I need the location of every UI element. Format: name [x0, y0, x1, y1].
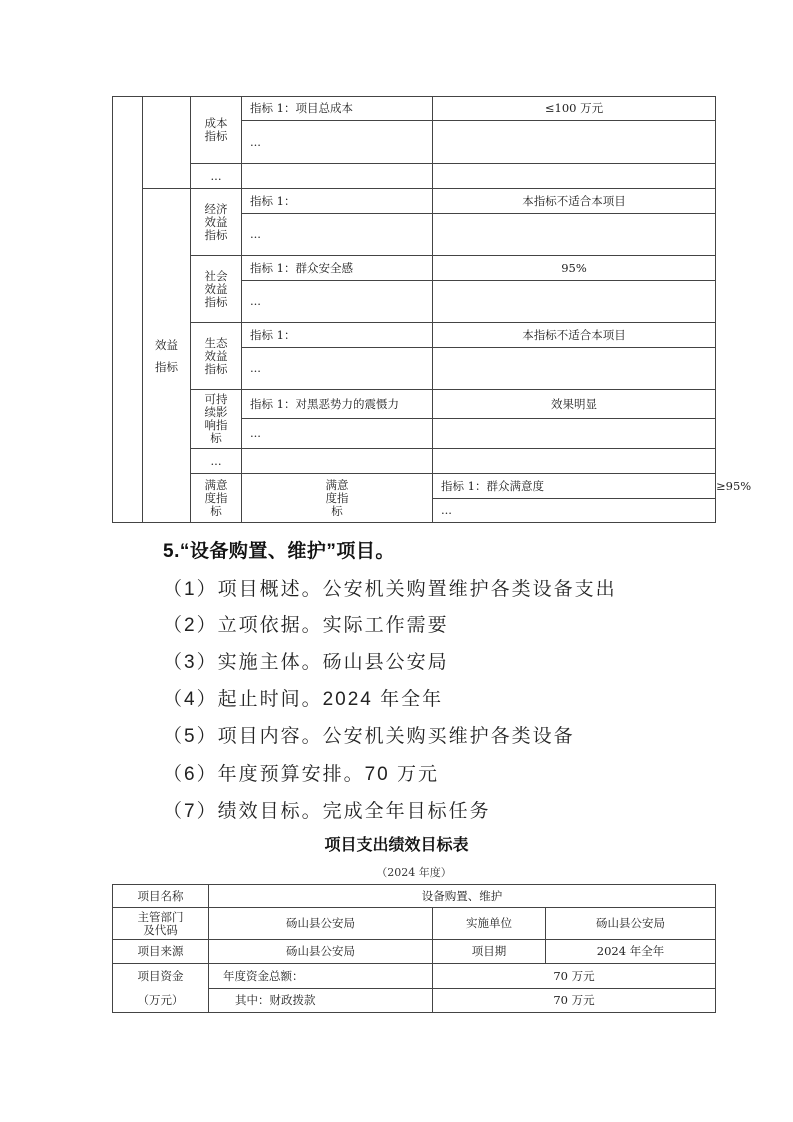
ellipsis-cell: ... — [191, 449, 242, 474]
benefit-indicator-label: 效益 指标 — [143, 189, 191, 523]
indicator-cell: 指标 1： — [242, 189, 433, 214]
outer-blank-cell — [113, 97, 143, 523]
project-performance-target-table: 项目名称 设备购置、维护 主管部门 及代码 砀山县公安局 实施单位 砀山县公安局… — [112, 884, 716, 1013]
paragraph-item: （6）年度预算安排。70 万元 — [163, 759, 439, 786]
fiscal-allocation-label: 其中：财政拨款 — [209, 989, 433, 1013]
paragraph-item: （2）立项依据。实际工作需要 — [163, 610, 449, 637]
annual-total-label: 年度资金总额： — [209, 964, 433, 989]
indicator-cell: 指标 1： — [242, 323, 433, 348]
value-cell: 95% — [433, 256, 716, 281]
social-benefit-label: 社会 效益 指标 — [191, 256, 242, 323]
sustainable-impact-label: 可持 续影 响指 标 — [191, 390, 242, 449]
paragraph-item: （5）项目内容。公安机关购买维护各类设备 — [163, 721, 575, 748]
value-cell: 本指标不适合本项目 — [433, 323, 716, 348]
indicator-cell: ... — [242, 281, 433, 323]
empty-cell — [433, 164, 716, 189]
annual-total-value: 70 万元 — [433, 964, 716, 989]
value-cell: ≤100 万元 — [433, 97, 716, 121]
paragraph-item: （3）实施主体。砀山县公安局 — [163, 647, 449, 674]
project-name-value: 设备购置、维护 — [209, 885, 716, 908]
value-cell: 效果明显 — [433, 390, 716, 419]
source-label: 项目来源 — [113, 940, 209, 964]
value-cell — [433, 419, 716, 449]
ecological-benefit-label: 生态 效益 指标 — [191, 323, 242, 390]
impl-unit-label: 实施单位 — [433, 908, 546, 940]
table-title: 项目支出绩效目标表 — [0, 832, 793, 855]
funds-label-line1: 项目资金 — [113, 964, 208, 988]
value-cell — [433, 214, 716, 256]
economic-benefit-label: 经济 效益 指标 — [191, 189, 242, 256]
value-cell — [433, 281, 716, 323]
period-label: 项目期 — [433, 940, 546, 964]
cost-indicator-label: 成本 指标 — [191, 97, 242, 164]
value-cell: 本指标不适合本项目 — [433, 189, 716, 214]
ellipsis-cell: ... — [191, 164, 242, 189]
indicator-cell: ... — [242, 214, 433, 256]
satisfaction-sub-label: 满意 度指 标 — [242, 474, 433, 523]
value-cell — [433, 348, 716, 390]
empty-cell — [242, 164, 433, 189]
paragraph-item: （7）绩效目标。完成全年目标任务 — [163, 796, 491, 823]
fiscal-allocation-value: 70 万元 — [433, 989, 716, 1013]
funds-label-line2: （万元） — [113, 988, 208, 1012]
empty-cell — [433, 449, 716, 474]
indicator-cell: 指标 1：对黑恶势力的震慑力 — [242, 390, 433, 419]
period-value: 2024 年全年 — [546, 940, 716, 964]
source-value: 砀山县公安局 — [209, 940, 433, 964]
indicator-cell: ... — [242, 121, 433, 164]
impl-unit-value: 砀山县公安局 — [546, 908, 716, 940]
project-name-label: 项目名称 — [113, 885, 209, 908]
funds-label: 项目资金 （万元） — [113, 964, 209, 1013]
paragraph-item: （4）起止时间。2024 年全年 — [163, 684, 443, 711]
indicator-cell: ... — [242, 348, 433, 390]
indicator-cell: 指标 1：群众满意度 — [433, 474, 716, 499]
table-subtitle: （2024 年度） — [0, 864, 793, 880]
cost-group-blank-cell — [143, 97, 191, 189]
indicator-cell: 指标 1：项目总成本 — [242, 97, 433, 121]
paragraph-item: （1）项目概述。公安机关购置维护各类设备支出 — [163, 574, 617, 601]
value-cell — [433, 121, 716, 164]
indicator-cell: 指标 1：群众安全感 — [242, 256, 433, 281]
indicator-cell: ... — [242, 419, 433, 449]
section-heading: 5.“设备购置、维护”项目。 — [163, 536, 395, 563]
indicator-cell: ... — [433, 499, 716, 523]
empty-cell — [242, 449, 433, 474]
satisfaction-indicator-label: 满意 度指 标 — [191, 474, 242, 523]
dept-value: 砀山县公安局 — [209, 908, 433, 940]
dept-label: 主管部门 及代码 — [113, 908, 209, 940]
performance-indicator-table-continued: 成本 指标 指标 1：项目总成本 ≤100 万元 ... ... 效益 指标 经… — [112, 96, 716, 523]
